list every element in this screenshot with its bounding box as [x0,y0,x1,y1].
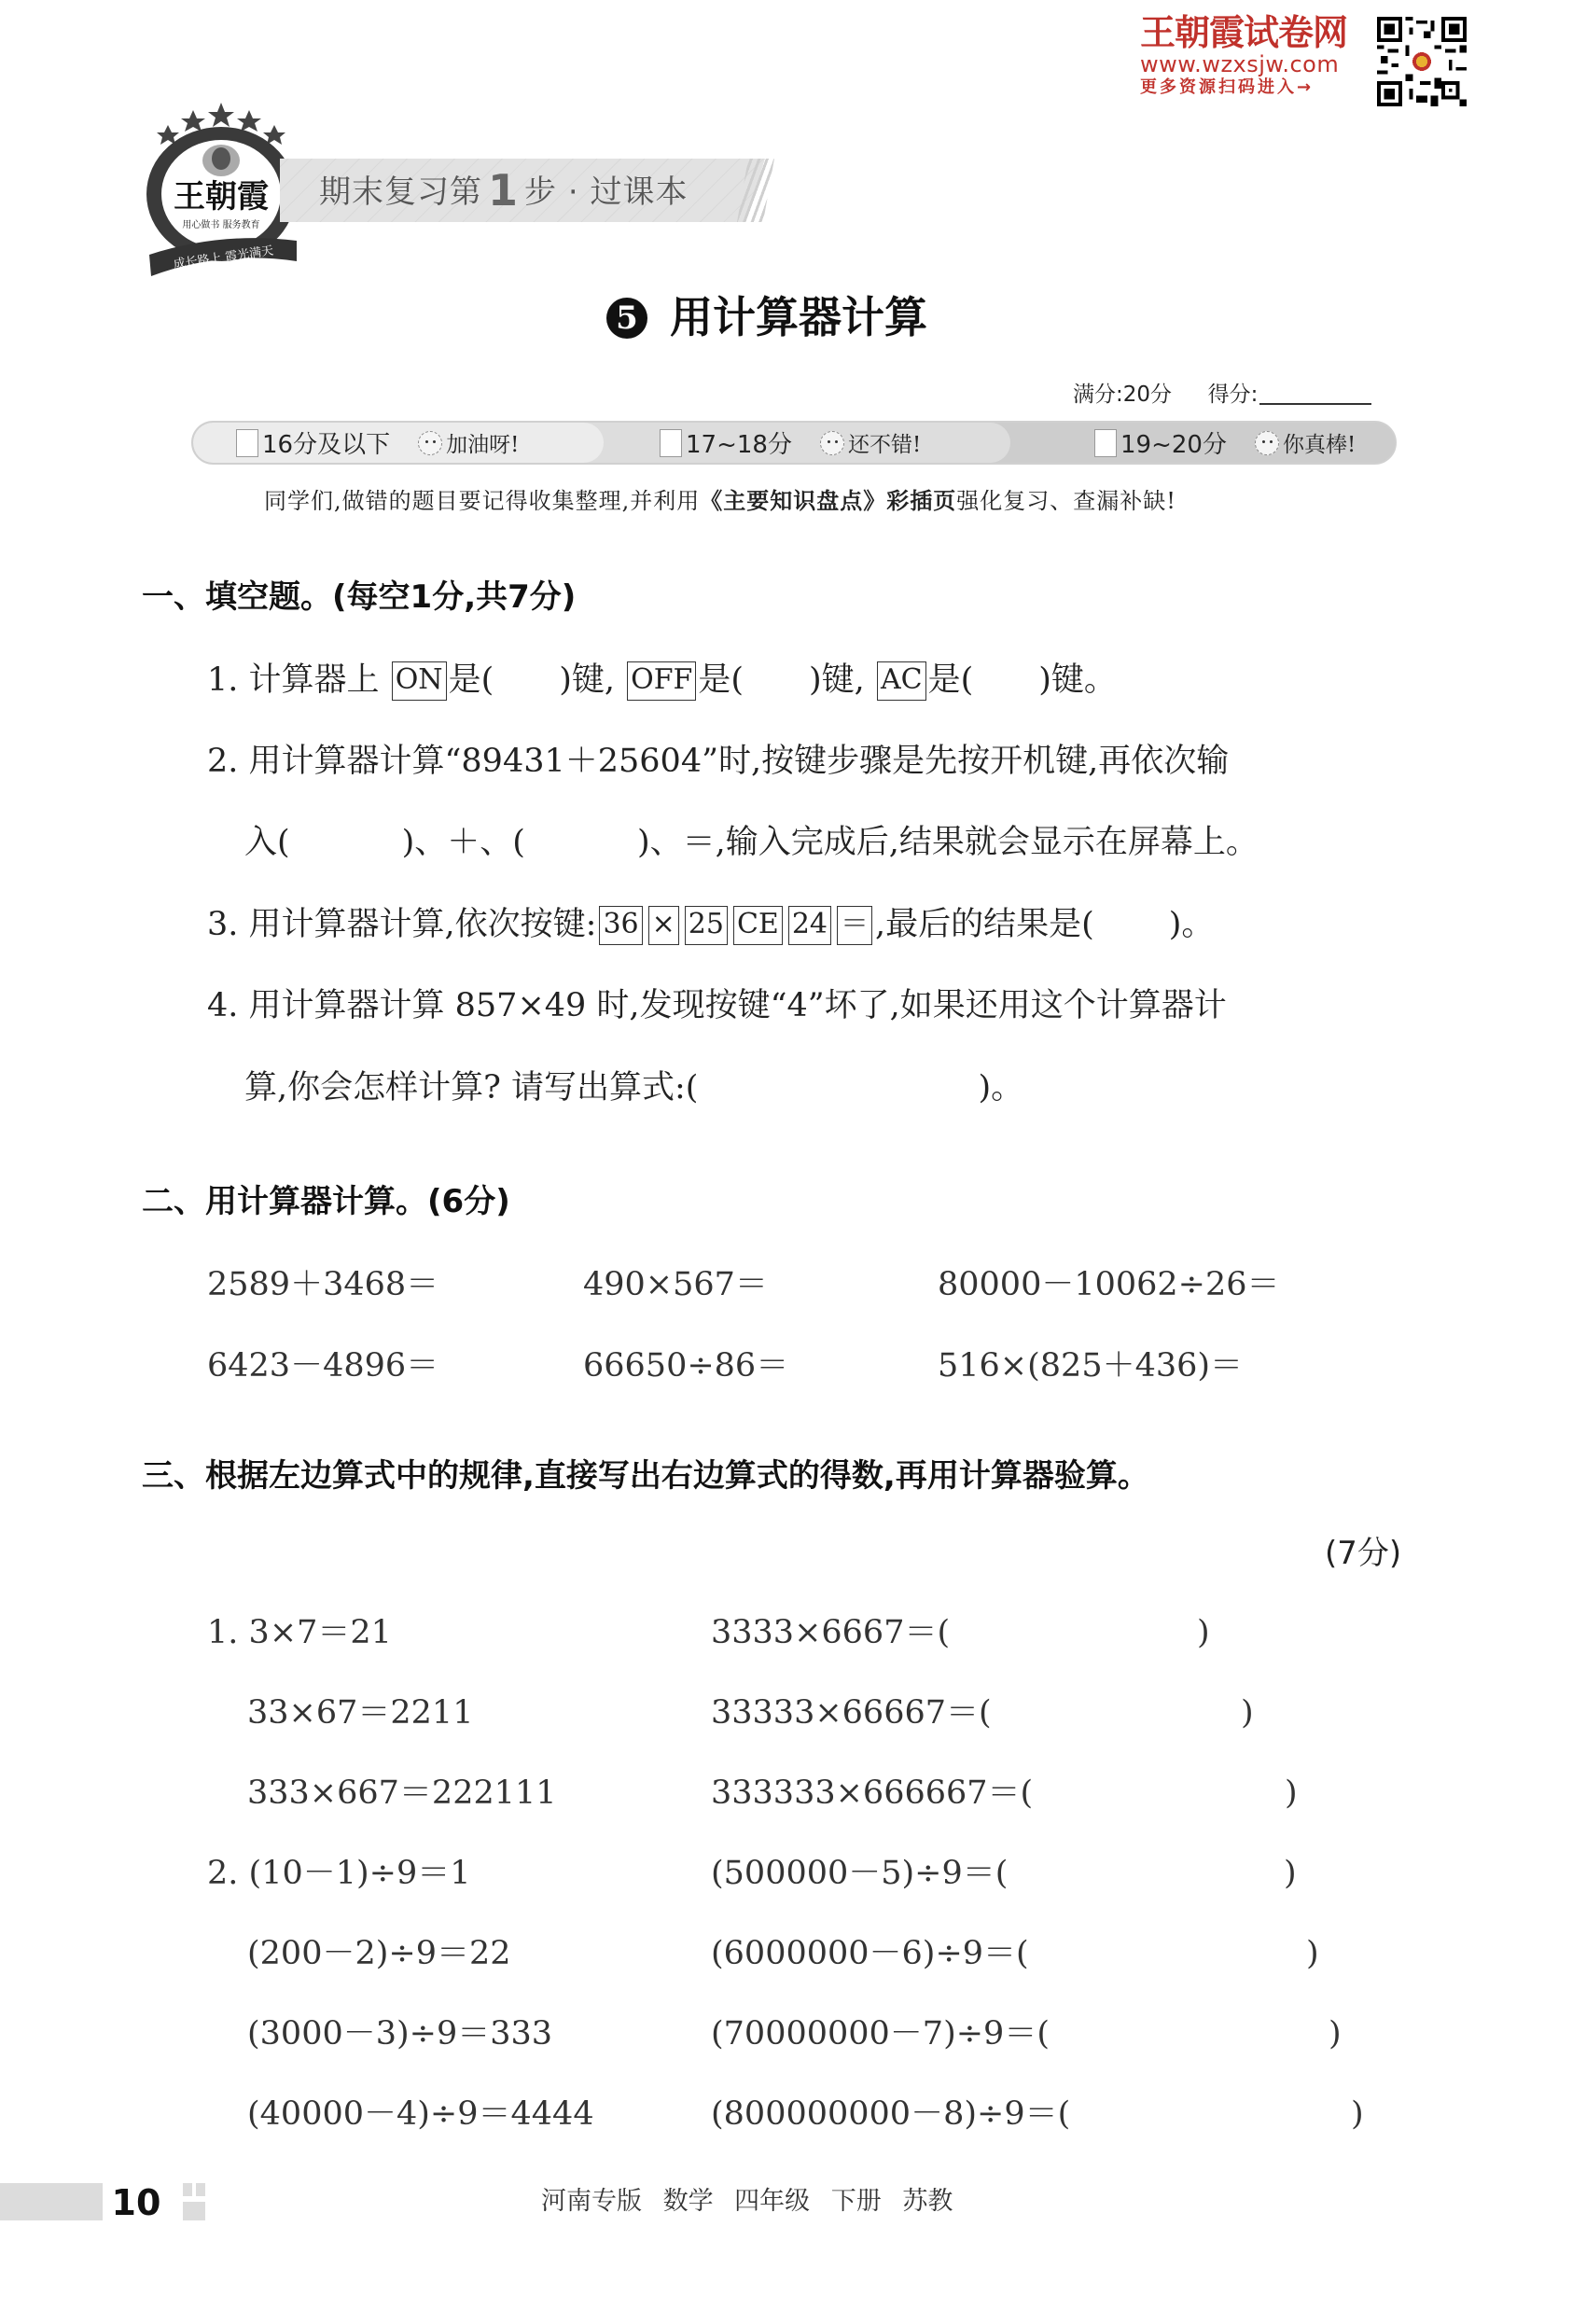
rating-range-high: 19~20分 [1120,425,1227,460]
pattern-right: (800000000－8)÷9＝( [711,2093,1070,2136]
pattern-right: 33333×66667＝( [711,1691,992,1734]
key-36: 36 [599,906,642,945]
full-score: 满分:20分 [1073,383,1172,407]
key-multiply: × [648,906,679,945]
calc-problem: 516×(825＋436)＝ [938,1344,1243,1387]
calc-problem: 6423－4896＝ [207,1344,438,1387]
pattern-right: (70000000－7)÷9＝( [711,2012,1050,2055]
rating-range-low: 16分及以下 [262,425,390,460]
pattern-right: 3333×6667＝( [711,1611,950,1654]
svg-text:王朝霞: 王朝霞 [174,178,269,216]
key-off: OFF [627,661,696,701]
qr-code-icon[interactable] [1377,17,1467,106]
pattern-left: 333×667＝222111 [247,1772,557,1815]
pattern-right: (6000000－6)÷9＝( [711,1932,1029,1975]
publisher-logo: 王朝霞 用心做书 服务教育 成长路上 霞光满天 [140,101,303,278]
banner-prefix: 期末复习第 [319,174,482,211]
cheer-face-icon [418,431,442,455]
smile-face-icon [820,431,844,455]
pattern-right: 333333×666667＝( [711,1772,1033,1815]
rating-option-mid: 17~18分 还不错! [581,423,1010,463]
rating-checkbox-mid[interactable] [660,429,682,457]
rating-cheer-high: 你真棒! [1283,427,1356,458]
banner-title: 期末复习第1步 · 过课本 [319,168,688,215]
pattern-left: (3000－3)÷9＝333 [247,2012,552,2055]
page-decoration [183,2183,192,2196]
question-1-2-line2: 入()、＋、()、＝,输入完成后,结果就会显示在屏幕上。 [244,821,1259,864]
question-1-1: 1. 计算器上 ON是()键, OFF是()键, AC是()键。 [207,659,1117,702]
rating-cheer-low: 加油呀! [446,427,519,458]
calc-problem: 80000－10062÷26＝ [938,1263,1280,1306]
review-note: 同学们,做错的题目要记得收集整理,并利用《主要知识盘点》彩插页强化复习、查漏补缺… [264,482,1176,515]
brand-block: 王朝霞试卷网 www.wzxsjw.com 更多资源扫码进入→ [1140,13,1384,99]
score-line: 满分:20分 得分: [1073,377,1371,408]
brand-title: 王朝霞试卷网 [1140,13,1384,52]
key-24: 24 [788,906,831,945]
close-paren: ) [1241,1691,1254,1734]
rating-option-high: 19~20分 你真棒! [988,423,1395,463]
brand-url[interactable]: www.wzxsjw.com [1140,52,1384,77]
rating-checkbox-low[interactable] [236,429,258,457]
pattern-left: (40000－4)÷9＝4444 [247,2093,594,2136]
lesson-number-badge: 5 [606,298,647,339]
section2-heading: 二、用计算器计算。(6分) [142,1181,510,1222]
pattern-left: 2. (10－1)÷9＝1 [207,1852,471,1895]
section3-heading: 三、根据左边算式中的规律,直接写出右边算式的得数,再用计算器验算。 [142,1455,1149,1496]
key-ce: CE [733,906,783,945]
thumbs-up-face-icon [1255,431,1279,455]
score-input[interactable] [1259,384,1371,405]
question-1-3: 3. 用计算器计算,依次按键:36×25CE24＝,最后的结果是()。 [207,903,1214,946]
edition-info: 河南专版 数学 四年级 下册 苏教 [541,2183,953,2220]
close-paren: ) [1285,1772,1298,1815]
rating-option-low: 16分及以下 加油呀! [193,423,604,463]
pattern-left: (200－2)÷9＝22 [247,1932,511,1975]
banner-step-number: 1 [488,165,519,216]
pattern-left: 1. 3×7＝21 [207,1611,392,1654]
page-title: 5用计算器计算 [606,289,927,345]
close-paren: ) [1306,1932,1319,1975]
page-number: 10 [104,2183,168,2220]
svg-text:用心做书 服务教育: 用心做书 服务教育 [182,218,259,230]
question-1-4-line2: 算,你会怎样计算? 请写出算式:()。 [244,1066,1023,1109]
calc-problem: 2589＋3468＝ [207,1263,438,1306]
score-label: 得分: [1208,383,1259,407]
close-paren: ) [1351,2093,1364,2136]
rating-range-mid: 17~18分 [686,425,792,460]
question-1-2-line1: 2. 用计算器计算“89431＋25604”时,按键步骤是先按开机键,再依次输 [207,740,1229,783]
note-highlight: 《主要知识盘点》彩插页 [700,488,956,514]
lesson-title: 用计算器计算 [670,292,927,342]
brand-tagline: 更多资源扫码进入→ [1140,77,1384,99]
pattern-right: (500000－5)÷9＝( [711,1852,1008,1895]
key-equals: ＝ [837,906,872,945]
section3-points: (7分) [1325,1533,1401,1574]
key-on: ON [392,661,447,701]
key-25: 25 [685,906,728,945]
rating-cheer-mid: 还不错! [848,427,921,458]
banner-suffix: 步 · 过课本 [524,174,688,211]
close-paren: ) [1284,1852,1297,1895]
calc-problem: 490×567＝ [583,1263,768,1306]
page-decoration [183,2202,205,2220]
page-decoration [196,2183,205,2196]
key-ac: AC [877,661,926,701]
rating-checkbox-high[interactable] [1094,429,1117,457]
page-number-bar [0,2183,103,2220]
section1-heading: 一、填空题。(每空1分,共7分) [142,577,576,618]
pattern-left: 33×67＝2211 [247,1691,473,1734]
calc-problem: 66650÷86＝ [583,1344,788,1387]
close-paren: ) [1329,2012,1342,2055]
self-rating-bar: 16分及以下 加油呀! 17~18分 还不错! 19~20分 你真棒! [191,421,1397,465]
question-1-4-line1: 4. 用计算器计算 857×49 时,发现按键“4”坏了,如果还用这个计算器计 [207,984,1227,1027]
close-paren: ) [1197,1611,1210,1654]
